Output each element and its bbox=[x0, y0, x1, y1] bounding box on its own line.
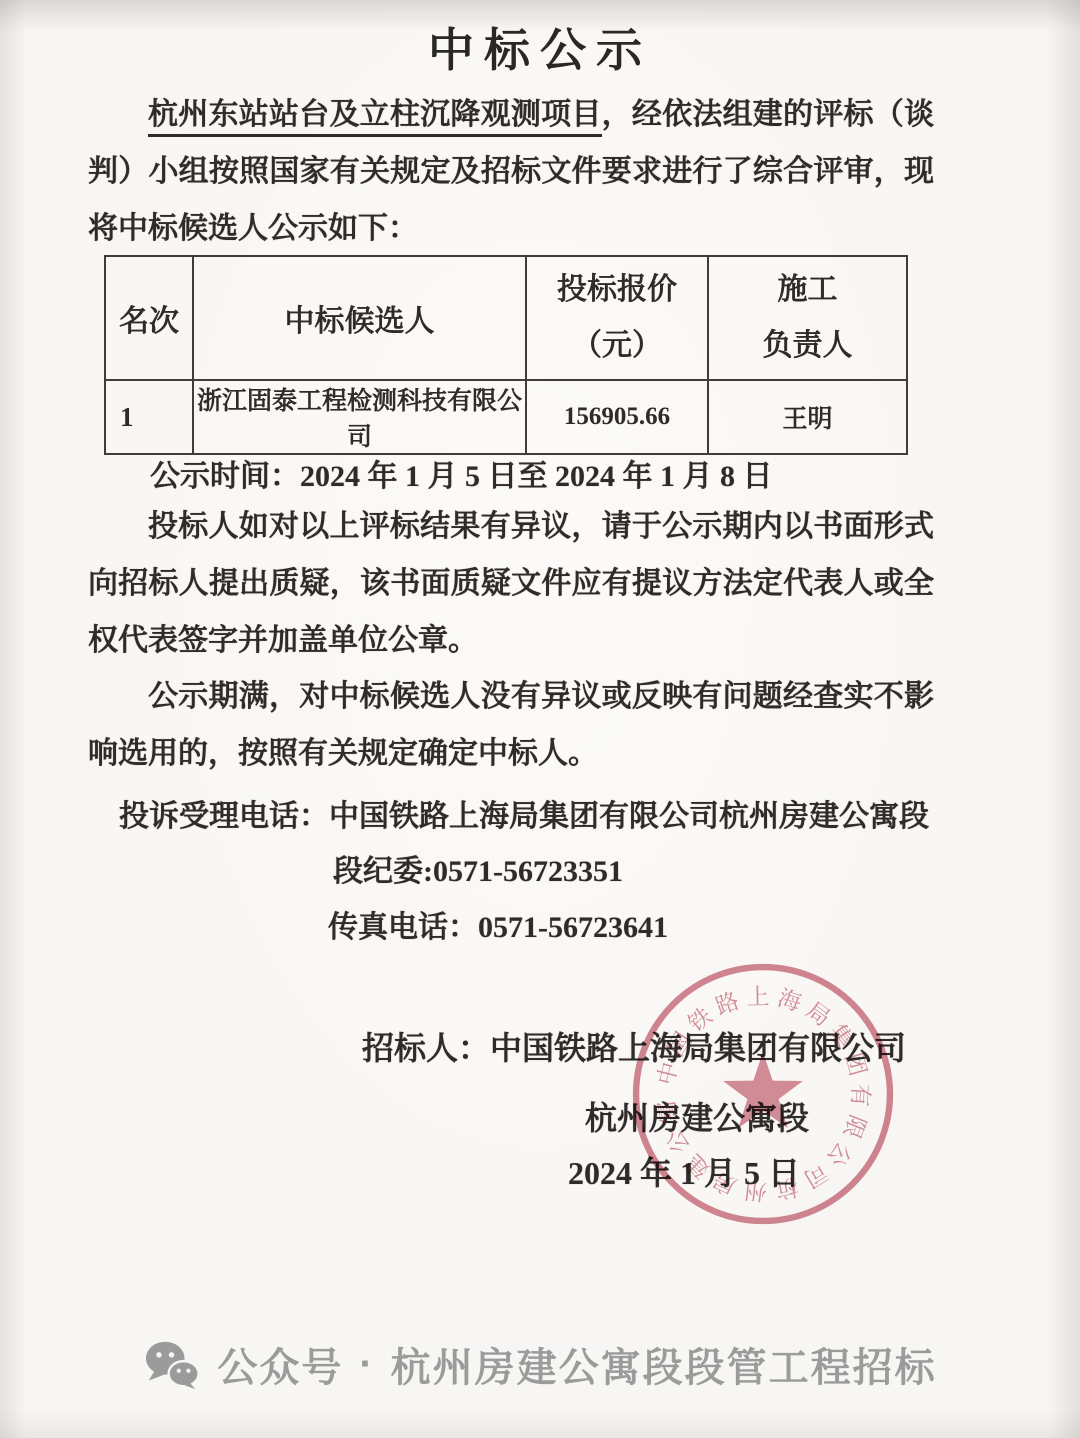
scanned-document-page: 中标公示 杭州东站站台及立柱沉降观测项目，经依法组建的评标（谈判）小组按照国家有… bbox=[0, 0, 1080, 1438]
intro-paragraph: 杭州东站站台及立柱沉降观测项目，经依法组建的评标（谈判）小组按照国家有关规定及招… bbox=[88, 86, 934, 257]
complaint-phone-line: 投诉受理电话：中国铁路上海局集团有限公司杭州房建公寓段 bbox=[119, 788, 929, 845]
col-header-price: 投标报价 （元） bbox=[526, 256, 708, 380]
col-header-manager: 施工 负责人 bbox=[708, 256, 907, 380]
table-row: 1 浙江固泰工程检测科技有限公司 156905.66 王明 bbox=[105, 380, 907, 454]
candidates-table: 名次 中标候选人 投标报价 （元） 施工 负责人 1 浙江固泰工程检测科技有限公… bbox=[104, 255, 908, 455]
seal-star-icon bbox=[723, 1052, 803, 1128]
footer-label: 公众号 bbox=[217, 1336, 343, 1393]
cell-manager: 王明 bbox=[708, 380, 907, 454]
col-header-rank: 名次 bbox=[105, 256, 193, 380]
col-header-manager-line1: 施工 bbox=[709, 262, 906, 318]
fax-phone: 传真电话：0571-56723641 bbox=[328, 899, 668, 956]
wechat-icon bbox=[143, 1339, 201, 1391]
col-header-price-line1: 投标报价 bbox=[527, 262, 707, 318]
official-seal-stamp: 中国铁路上海局集团有限公司杭州房建公寓段 bbox=[626, 950, 900, 1238]
col-header-manager-line2: 负责人 bbox=[709, 318, 906, 374]
page-title: 中标公示 bbox=[0, 14, 1080, 80]
project-name: 杭州东站站台及立柱沉降观测项目 bbox=[148, 98, 602, 137]
publicity-time: 公示时间：2024 年 1 月 5 日至 2024 年 1 月 8 日 bbox=[150, 448, 773, 505]
footer-separator: · bbox=[359, 1342, 374, 1387]
wechat-watermark: 公众号 · 杭州房建公寓段段管工程招标 bbox=[0, 1336, 1080, 1393]
discipline-committee-phone: 段纪委:0571-56723351 bbox=[333, 843, 623, 900]
final-paragraph: 公示期满，对中标候选人没有异议或反映有问题经查实不影响选用的，按照有关规定确定中… bbox=[88, 668, 934, 782]
cell-rank: 1 bbox=[105, 380, 193, 454]
col-header-candidate: 中标候选人 bbox=[193, 256, 526, 380]
col-header-price-line2: （元） bbox=[527, 318, 707, 374]
table-header-row: 名次 中标候选人 投标报价 （元） 施工 负责人 bbox=[105, 256, 907, 380]
cell-price: 156905.66 bbox=[526, 380, 708, 454]
footer-account-name: 杭州房建公寓段段管工程招标 bbox=[391, 1336, 937, 1393]
cell-candidate: 浙江固泰工程检测科技有限公司 bbox=[193, 380, 526, 454]
objection-paragraph: 投标人如对以上评标结果有异议，请于公示期内以书面形式向招标人提出质疑，该书面质疑… bbox=[88, 498, 934, 669]
